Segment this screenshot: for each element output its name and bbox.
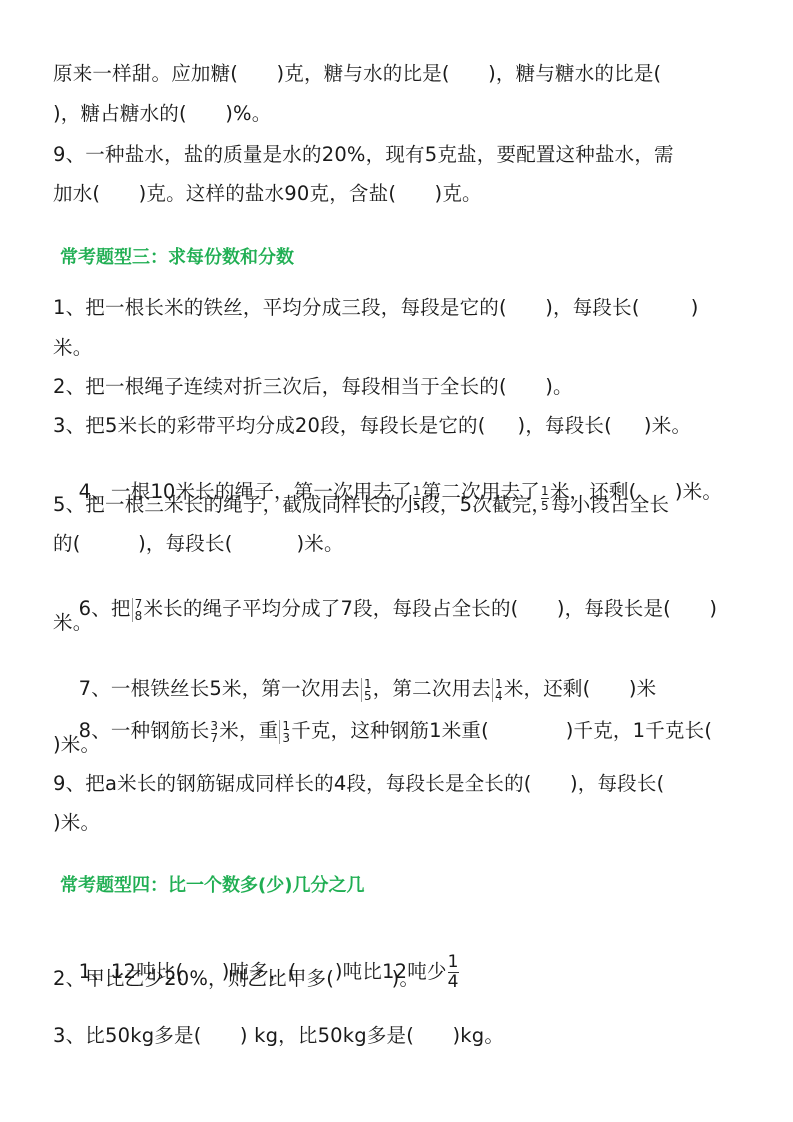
numerator: 1 [364,678,372,690]
fraction: 78 [132,598,143,622]
question-8-cont: )米。 [53,732,100,758]
question-3: 3、比50kg多是( ) kg，比50kg多是( )kg。 [53,1023,504,1049]
numerator: 1 [495,678,503,690]
question-1-cont: 米。 [53,335,92,361]
fraction: 14 [448,954,459,991]
numerator: 1 [448,954,459,971]
numerator: 1 [282,720,290,732]
question-6: 6、把78米长的绳子平均分成了7段，每段占全长的( )，每段长是( ) [53,570,717,648]
fraction: 13 [279,720,290,744]
numerator: 7 [135,598,143,610]
denominator: 3 [282,732,290,744]
question-8: 8、一种钢筋长37米，重13千克，这种钢筋1米重( )千克，1千克长( [53,692,712,770]
denominator: 8 [135,610,143,622]
q8-part3: 千克，这种钢筋1米重( )千克，1千克长( [291,719,712,742]
text-line: 9、一种盐水，盐的质量是水的20%，现有5克盐，要配置这种盐水，需 [53,142,674,168]
denominator: 7 [210,732,218,744]
fraction: 37 [210,720,218,744]
question-9-cont: )米。 [53,810,100,836]
section-heading-3: 常考题型三：求每份数和分数 [60,246,294,270]
q8-part2: 米，重 [219,719,278,742]
question-3: 3、把5米长的彩带平均分成20段，每段长是它的( )，每段长( )米。 [53,413,691,439]
numerator: 3 [210,720,218,732]
text-line: 原来一样甜。应加糖( )克，糖与水的比是( )，糖与糖水的比是( [53,61,661,87]
question-6-cont: 米。 [53,610,92,636]
question-5: 5、把一根三米长的绳子，截成同样长的小段，5次截完，每小段占全长 [53,492,669,518]
text-line: 加水( )克。这样的盐水90克，含盐( )克。 [53,181,482,207]
section-heading-4: 常考题型四：比一个数多(少)几分之几 [60,874,364,898]
text-line: )，糖占糖水的( )%。 [53,101,271,127]
question-5-cont: 的( )，每段长( )米。 [53,531,344,557]
question-9: 9、把a米长的钢筋锯成同样长的4段，每段长是全长的( )，每段长( [53,771,664,797]
question-1: 1、把一根长米的铁丝，平均分成三段，每段是它的( )，每段长( ) [53,295,699,321]
question-2: 2、把一根绳子连续对折三次后，每段相当于全长的( )。 [53,374,573,400]
q6-part2: 米长的绳子平均分成了7段，每段占全长的( )，每段长是( ) [143,597,717,620]
denominator: 4 [448,974,459,991]
question-2: 2、甲比乙少20%，则乙比甲多( )。 [53,966,419,992]
